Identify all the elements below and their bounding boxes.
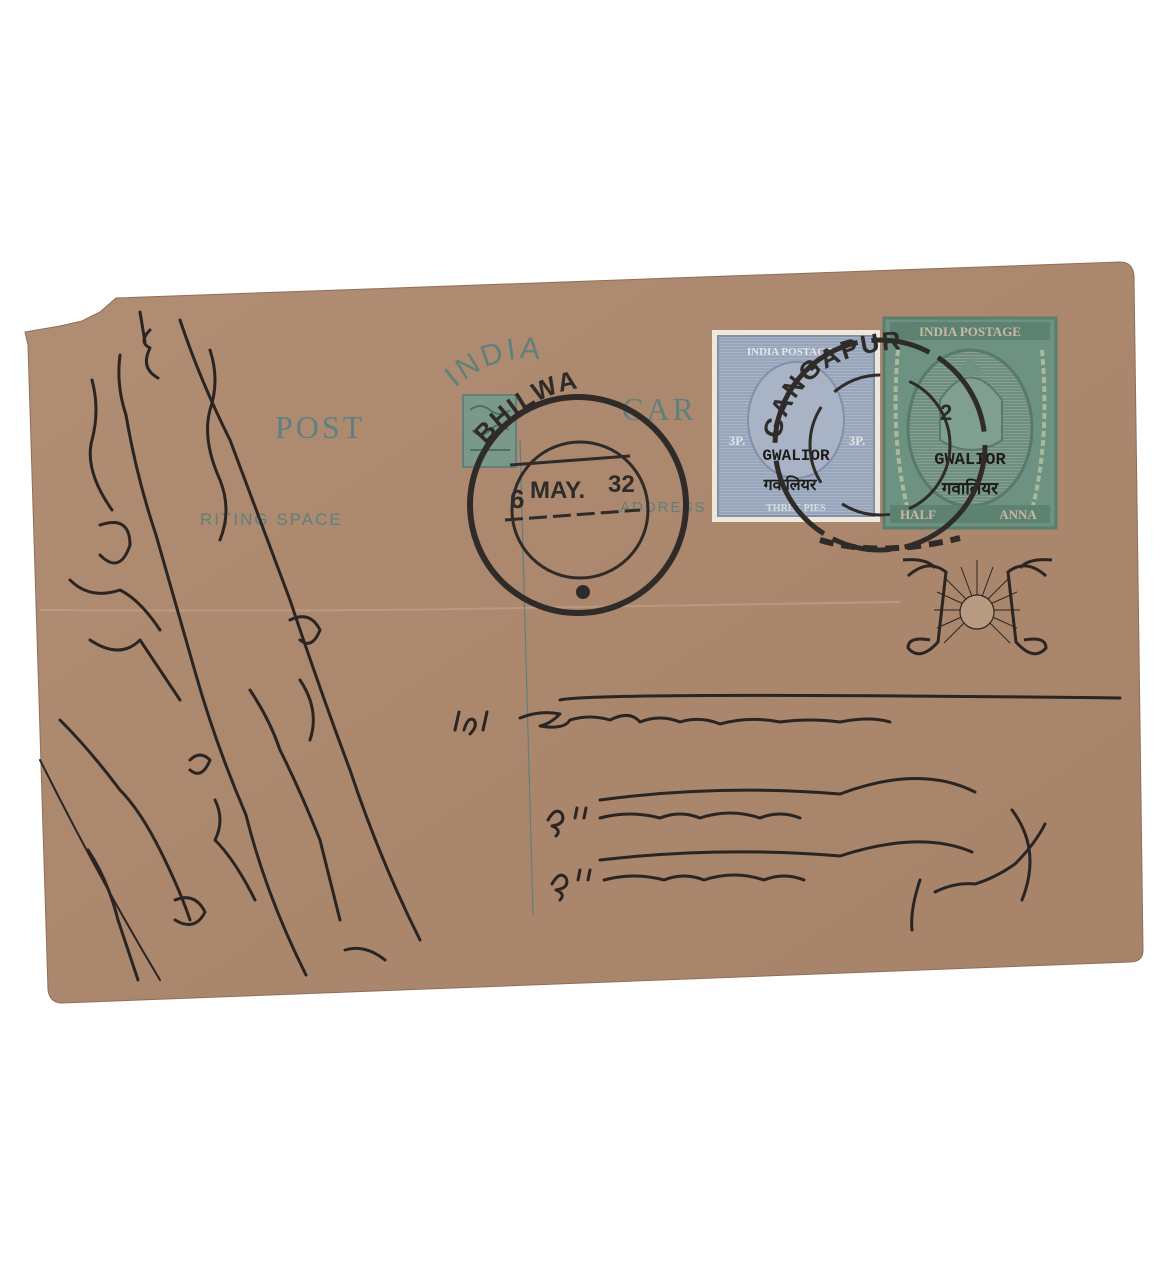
svg-text:32: 32 <box>608 471 635 498</box>
post-label: POST <box>275 409 365 445</box>
svg-text:3P.: 3P. <box>729 433 746 448</box>
svg-text:6: 6 <box>510 484 524 514</box>
svg-text:ANNA: ANNA <box>999 507 1037 522</box>
gwalior-overprint: GWALIOR <box>762 447 830 465</box>
svg-text:HALF: HALF <box>900 507 936 522</box>
gwalior-overprint-devanagari: गवालियर <box>763 475 818 495</box>
address-label: ADDRESS <box>620 499 707 516</box>
svg-text:2: 2 <box>940 400 952 425</box>
writing-space-label: RITING SPACE <box>200 510 343 529</box>
svg-text:INDIA POSTAGE: INDIA POSTAGE <box>919 324 1021 339</box>
svg-text:MAY.: MAY. <box>530 477 585 504</box>
postcard-photo: INDIA POST CAR RITING SPACE ADDRESS INDI… <box>0 0 1175 1262</box>
svg-text:3P.: 3P. <box>849 433 866 448</box>
